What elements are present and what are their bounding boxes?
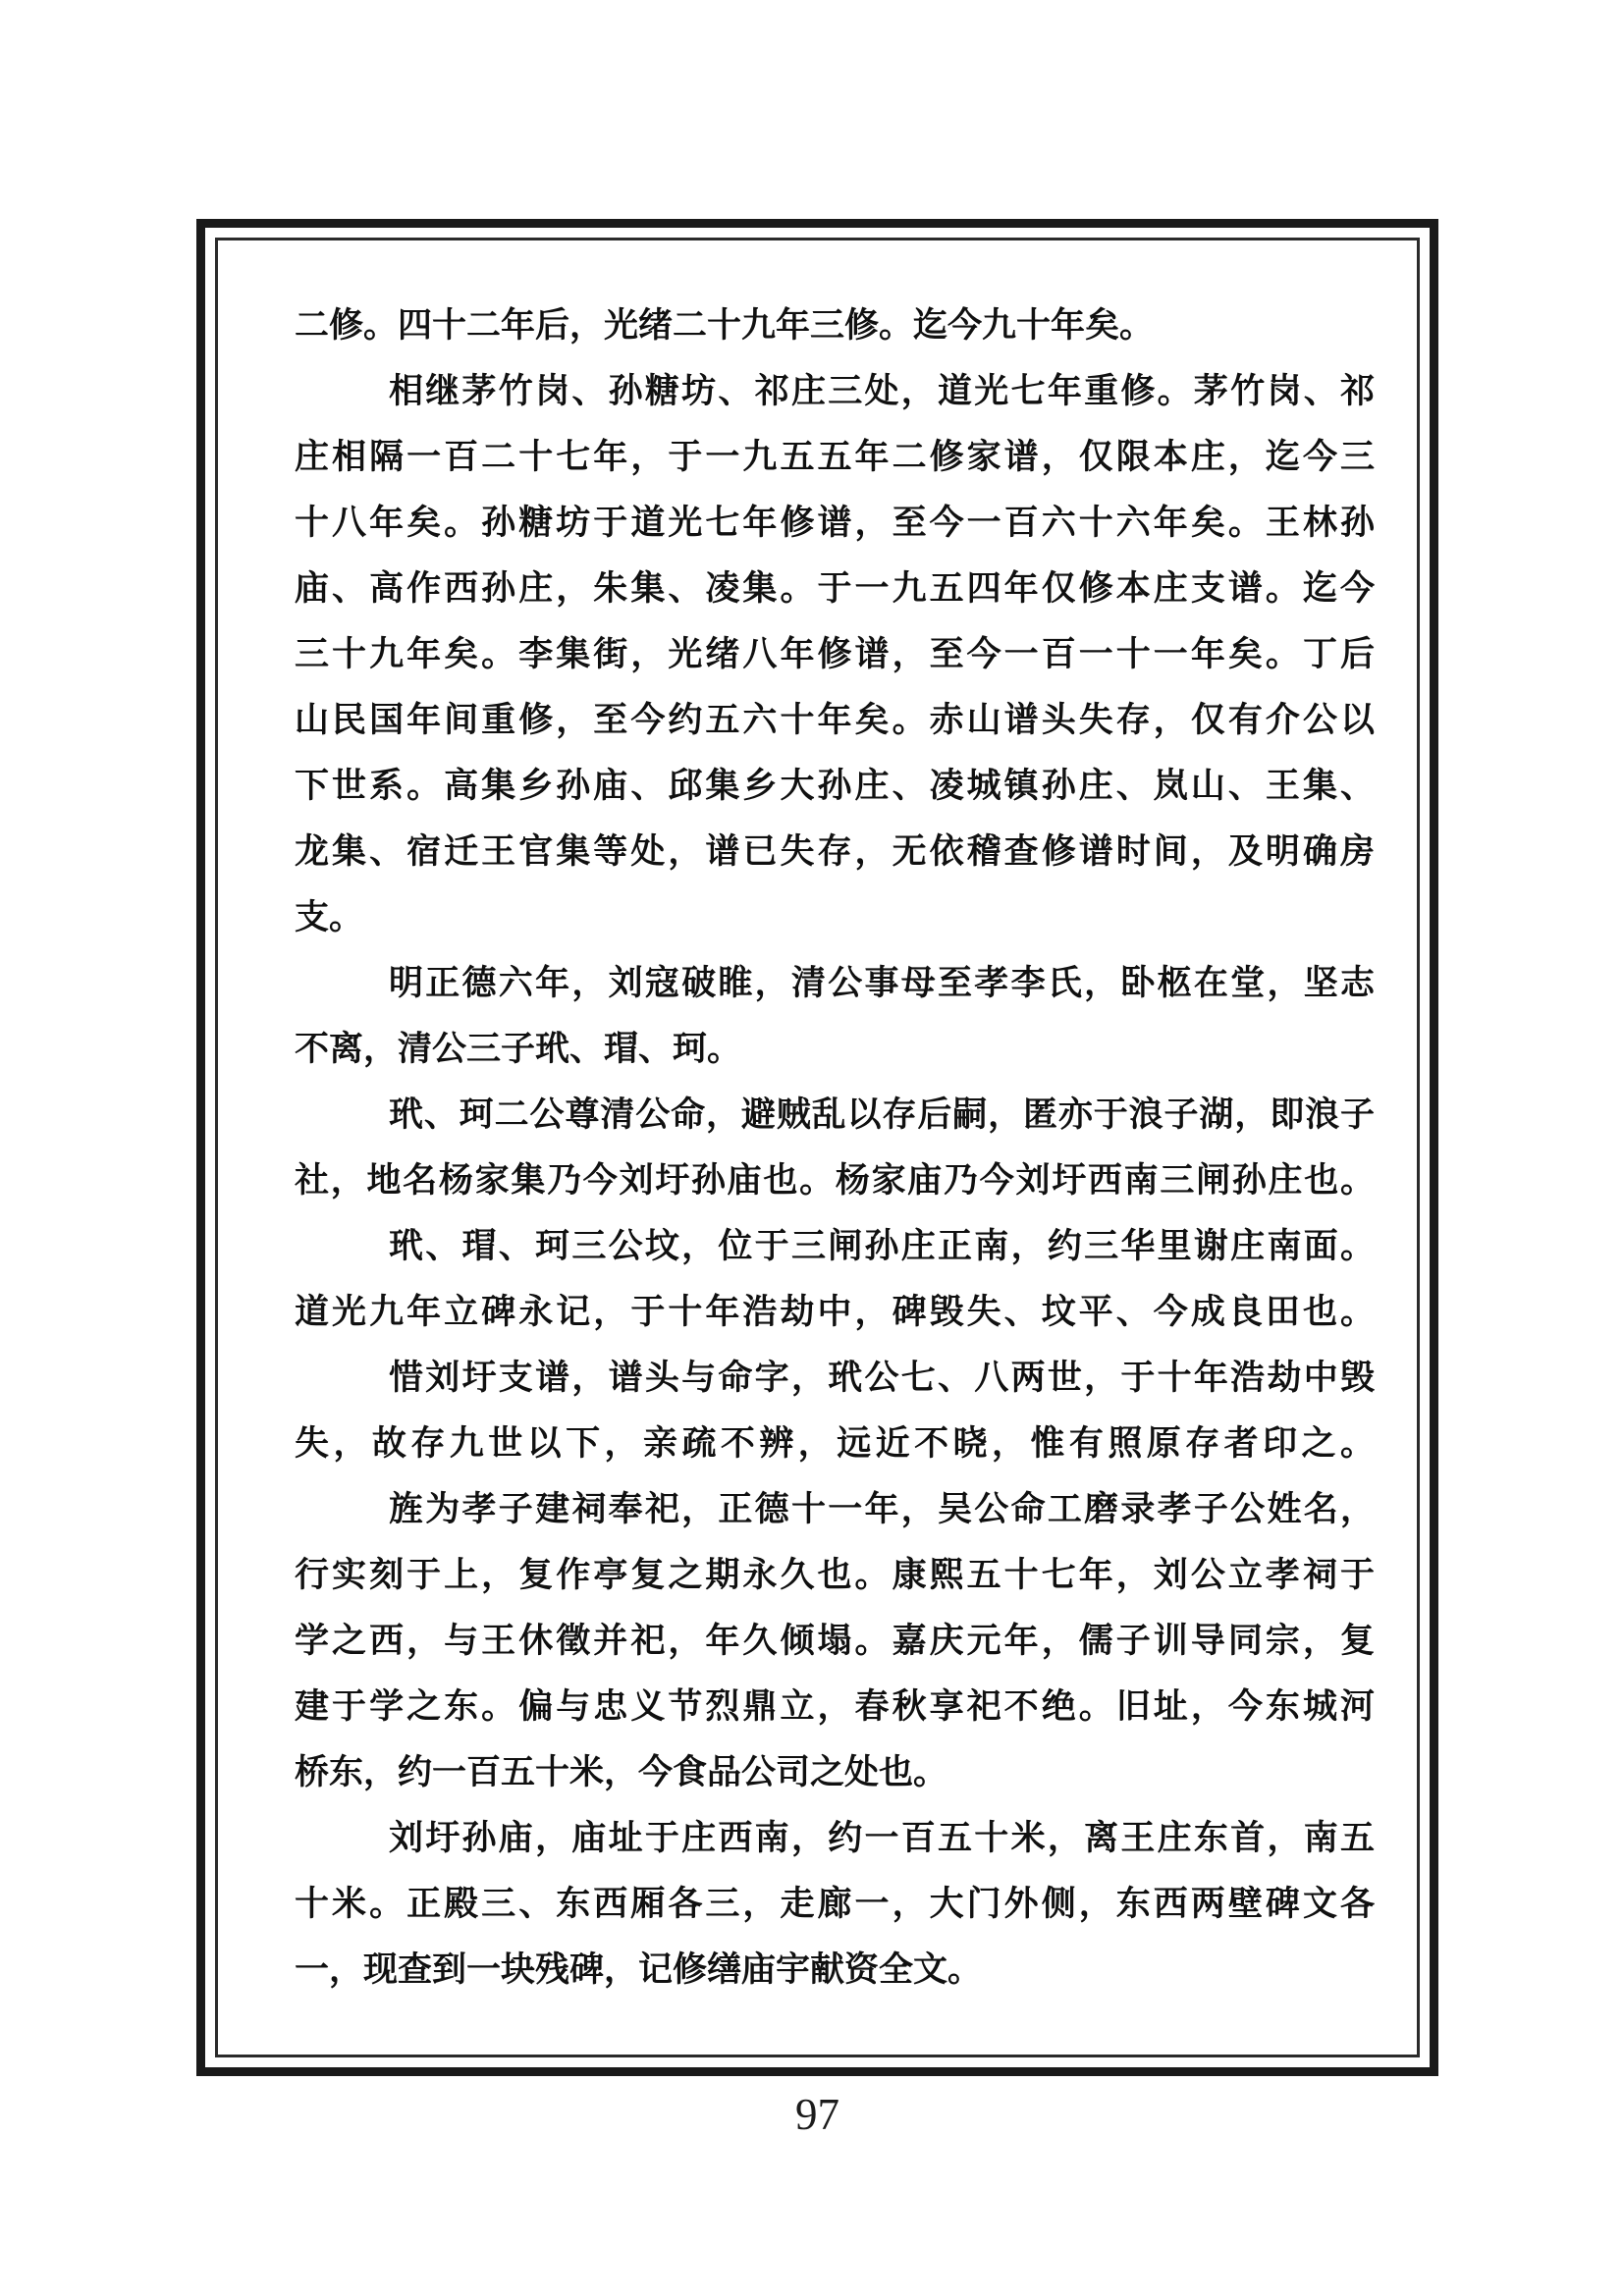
text-line: 刘圩孙庙，庙址于庄西南，约一百五十米，离王庄东首，南五 — [295, 1806, 1375, 1872]
text-line: 相继茅竹岗、孙糖坊、祁庄三处，道光七年重修。茅竹岗、祁 — [295, 359, 1375, 425]
text-line: 建于学之东。偏与忠义节烈鼎立，春秋享祀不绝。旧址，今东城河 — [295, 1675, 1375, 1740]
text-line: 十八年矣。孙糖坊于道光七年修谱，至今一百六十六年矣。王林孙 — [295, 491, 1375, 557]
text-line: 道光九年立碑永记，于十年浩劫中，碑毁失、坟平、今成良田也。 — [295, 1280, 1375, 1346]
text-line: 山民国年间重修，至今约五六十年矣。赤山谱头失存，仅有介公以 — [295, 688, 1375, 754]
text-line: 三十九年矣。李集街，光绪八年修谱，至今一百一十一年矣。丁后 — [295, 622, 1375, 688]
text-line: 二修。四十二年后，光绪二十九年三修。迄今九十年矣。 — [295, 294, 1375, 359]
text-line: 庙、高作西孙庄，朱集、凌集。于一九五四年仅修本庄支谱。迄今 — [295, 557, 1375, 622]
text-line: 惜刘圩支谱，谱头与命字，玳公七、八两世，于十年浩劫中毁 — [295, 1346, 1375, 1412]
text-line: 龙集、宿迁王官集等处，谱已失存，无依稽查修谱时间，及明确房 — [295, 820, 1375, 885]
text-line: 下世系。高集乡孙庙、邱集乡大孙庄、凌城镇孙庄、岚山、王集、 — [295, 754, 1375, 820]
text-line: 一，现查到一块残碑，记修缮庙宇献资全文。 — [295, 1938, 1375, 2003]
text-line: 失，故存九世以下，亲疏不辨，远近不晓，惟有照原存者印之。 — [295, 1412, 1375, 1477]
text-line: 庄相隔一百二十七年，于一九五五年二修家谱，仅限本庄，迄今三 — [295, 425, 1375, 491]
text-line: 支。 — [295, 885, 1375, 951]
text-line: 玳、瑁、珂三公坟，位于三闸孙庄正南，约三华里谢庄南面。 — [295, 1214, 1375, 1280]
text-line: 学之西，与王休徵并祀，年久倾塌。嘉庆元年，儒子训导同宗，复 — [295, 1609, 1375, 1675]
text-line: 不离，清公三子玳、瑁、珂。 — [295, 1017, 1375, 1083]
text-line: 行实刻于上，复作亭复之期永久也。康熙五十七年，刘公立孝祠于 — [295, 1543, 1375, 1609]
text-line: 桥东，约一百五十米，今食品公司之处也。 — [295, 1740, 1375, 1806]
text-line: 明正德六年，刘寇破睢，清公事母至孝李氏，卧柩在堂，坚志 — [295, 951, 1375, 1017]
text-line: 旌为孝子建祠奉祀，正德十一年，吴公命工磨录孝子公姓名， — [295, 1477, 1375, 1543]
page-number: 97 — [196, 2089, 1438, 2140]
text-block: 二修。四十二年后，光绪二十九年三修。迄今九十年矣。相继茅竹岗、孙糖坊、祁庄三处，… — [295, 294, 1375, 2003]
text-line: 十米。正殿三、东西厢各三，走廊一，大门外侧，东西两壁碑文各 — [295, 1872, 1375, 1938]
text-line: 玳、珂二公尊清公命，避贼乱以存后嗣，匿亦于浪子湖，即浪子 — [295, 1083, 1375, 1148]
text-line: 社，地名杨家集乃今刘圩孙庙也。杨家庙乃今刘圩西南三闸孙庄也。 — [295, 1148, 1375, 1214]
